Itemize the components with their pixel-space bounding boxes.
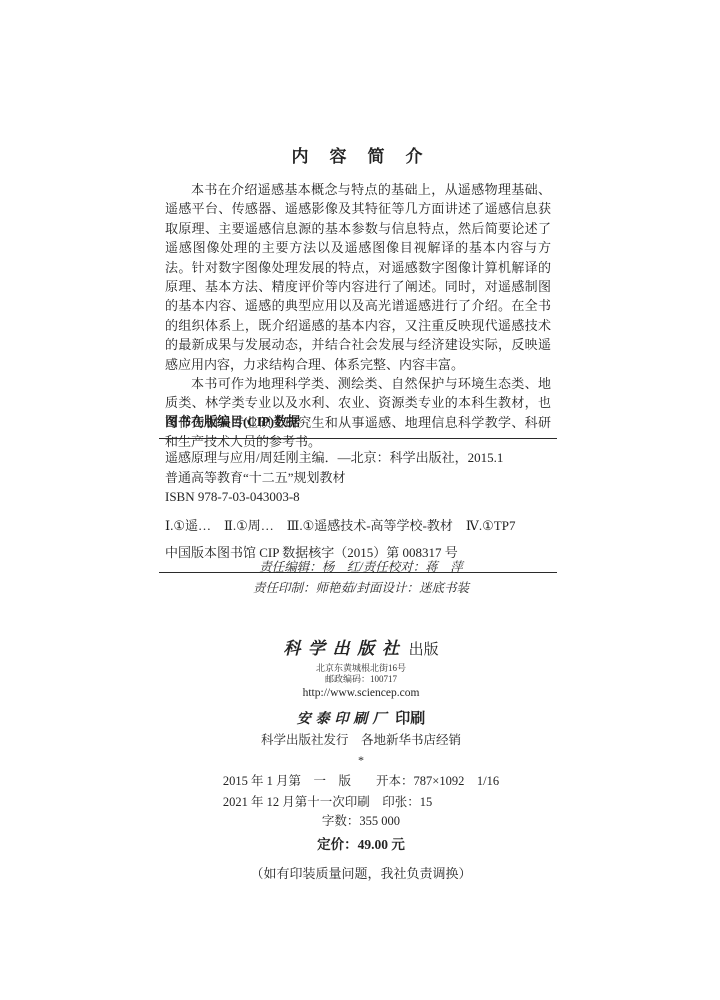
book-copyright-page: 内 容 简 介 本书在介绍遥感基本概念与特点的基础上，从遥感物理基础、遥感平台、… bbox=[0, 0, 720, 1000]
cip-body: 遥感原理与应用/周廷刚主编．—北京：科学出版社，2015.1 普通高等教育“十二… bbox=[165, 439, 557, 572]
publisher-postcode: 邮政编码：100717 bbox=[163, 674, 559, 685]
staff-credits: 责任编辑：杨 红/责任校对：蒋 萍 责任印制：师艳茹/封面设计：迷底书装 bbox=[165, 557, 557, 599]
credit-line-production: 责任印制：师艳茹/封面设计：迷底书装 bbox=[165, 578, 557, 599]
price: 定价：49.00 元 bbox=[163, 836, 559, 854]
edition-line: 2015 年 1 月第 一 版 开本：787×1092 1/16 bbox=[223, 771, 499, 792]
credit-line-editors: 责任编辑：杨 红/责任校对：蒋 萍 bbox=[165, 557, 557, 578]
publisher-block: 科学出版社出版 北京东黄城根北街16号 邮政编码：100717 http://w… bbox=[163, 639, 559, 882]
cip-title-line: 遥感原理与应用/周廷刚主编．—北京：科学出版社，2015.1 bbox=[165, 448, 557, 468]
publisher-suffix: 出版 bbox=[409, 642, 439, 658]
publisher-website: http://www.sciencep.com bbox=[163, 686, 559, 700]
intro-paragraph-1: 本书在介绍遥感基本概念与特点的基础上，从遥感物理基础、遥感平台、传感器、遥感影像… bbox=[165, 180, 551, 374]
printing-line: 2021 年 12 月第十一次印刷 印张：15 bbox=[223, 792, 499, 813]
printer-suffix: 印刷 bbox=[395, 711, 425, 727]
cip-series-line: 普通高等教育“十二五”规划教材 bbox=[165, 468, 557, 488]
printer-line: 安泰印刷厂印刷 bbox=[163, 710, 559, 729]
section-title: 内 容 简 介 bbox=[165, 142, 551, 167]
cip-isbn-line: ISBN 978-7-03-043003-8 bbox=[165, 487, 557, 507]
content-summary-section: 内 容 简 介 本书在介绍遥感基本概念与特点的基础上，从遥感物理基础、遥感平台、… bbox=[165, 142, 551, 452]
publisher-address: 北京东黄城根北街16号 bbox=[163, 662, 559, 674]
printer-name: 安泰印刷厂 bbox=[297, 712, 392, 727]
distribution-line: 科学出版社发行 各地新华书店经销 bbox=[163, 732, 559, 749]
cip-heading: 图书在版编目(CIP)数据 bbox=[165, 411, 557, 438]
separator-asterisk: * bbox=[163, 753, 559, 767]
publisher-name: 科学出版社 bbox=[283, 639, 406, 658]
publisher-line: 科学出版社出版 bbox=[163, 639, 559, 660]
colophon-edition-block: 2015 年 1 月第 一 版 开本：787×1092 1/16 2021 年 … bbox=[223, 771, 499, 813]
word-count: 字数：355 000 bbox=[163, 813, 559, 830]
quality-note: （如有印装质量问题，我社负责调换） bbox=[163, 865, 559, 882]
cip-data-box: 图书在版编目(CIP)数据 遥感原理与应用/周廷刚主编．—北京：科学出版社，20… bbox=[165, 411, 557, 573]
cip-classification: Ⅰ.①遥… Ⅱ.①周… Ⅲ.①遥感技术-高等学校-教材 Ⅳ.①TP7 bbox=[165, 516, 557, 536]
